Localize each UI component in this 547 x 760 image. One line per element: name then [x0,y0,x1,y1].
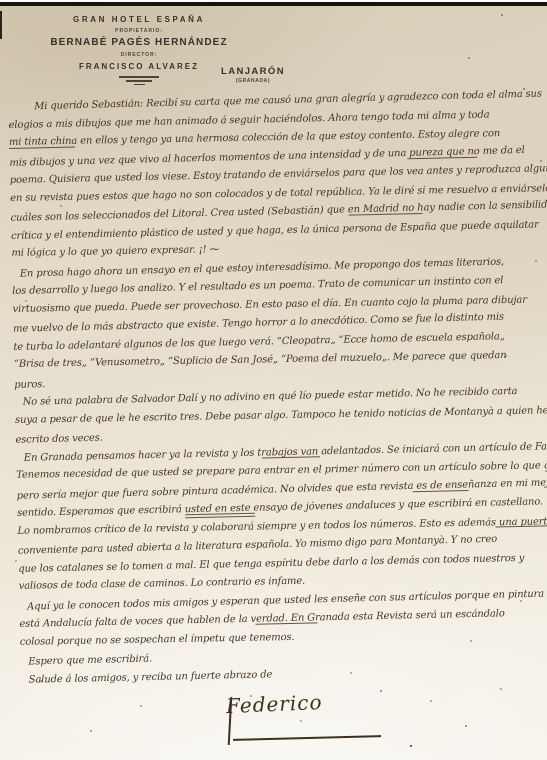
signature-underline [233,735,381,740]
proprietor-name: BERNABÉ PAGÉS HERNÁNDEZ [28,37,250,48]
handwritten-letter-body: Mi querido Sebastián: Recibí su carta qu… [8,86,547,690]
hotel-name: GRAN HOTEL ESPAÑA [28,15,250,24]
location-name: LANJARÓN [213,66,293,77]
scan-speckles [0,0,2,2]
scan-edge-top [0,2,547,6]
proprietor-label: PROPIETARIO: [28,28,250,34]
scanned-letter-page: GRAN HOTEL ESPAÑA PROPIETARIO: BERNABÉ P… [0,0,547,760]
scan-edge-left [0,11,2,39]
signature: Federico [226,690,323,718]
director-label: DIRECTOR: [28,52,250,58]
location-province: (GRANADA) [213,78,293,84]
letterhead-location: LANJARÓN (GRANADA) [213,66,293,84]
